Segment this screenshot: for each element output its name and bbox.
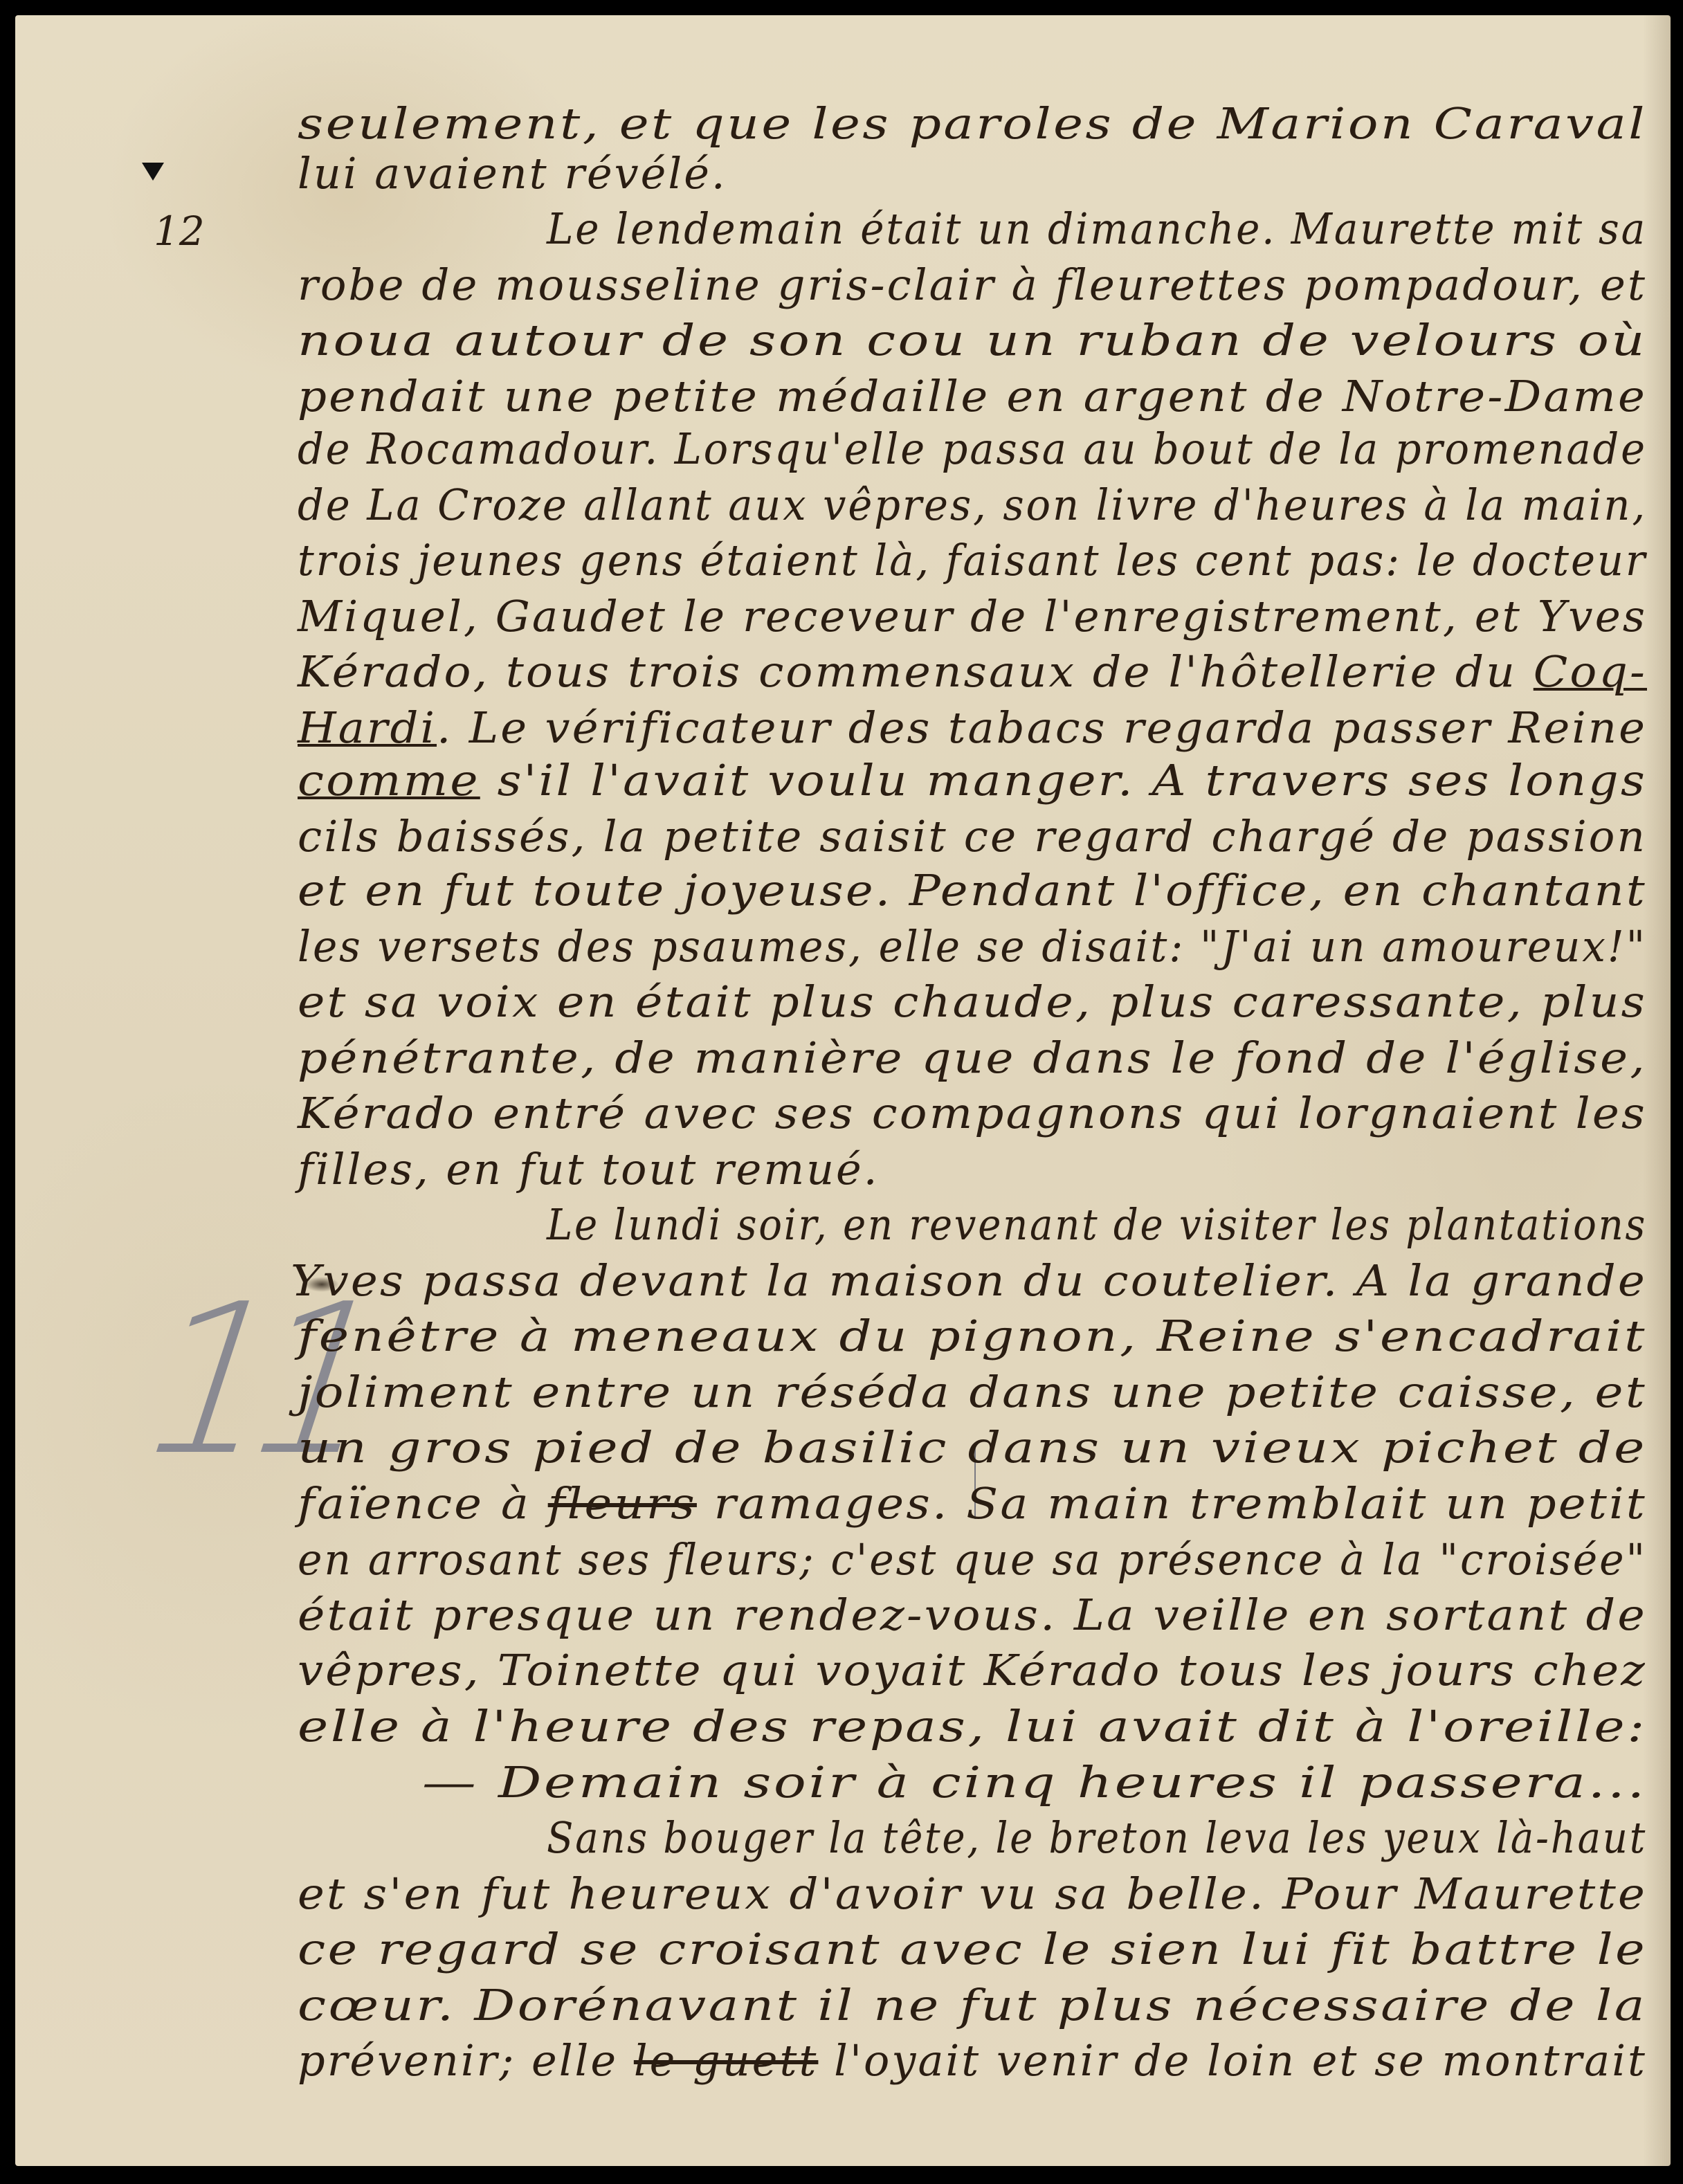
- manuscript-line: trois jeunes gens étaient là, faisant le…: [298, 535, 1647, 585]
- manuscript-line: Miquel, Gaudet le receveur de l'enregist…: [298, 591, 1647, 641]
- manuscript-line: lui avaient révélé.: [298, 148, 727, 199]
- line-text: et sa voix en était plus chaude, plus ca…: [298, 976, 1647, 1027]
- line-text: robe de mousseline gris-clair à fleurett…: [298, 260, 1647, 310]
- manuscript-line: et en fut toute joyeuse. Pendant l'offic…: [298, 865, 1647, 916]
- manuscript-line: et sa voix en était plus chaude, plus ca…: [298, 976, 1647, 1027]
- line-text: les versets des psaumes, elle se disait:…: [298, 921, 1647, 972]
- line-text: elle à l'heure des repas, lui avait dit …: [298, 1701, 1647, 1751]
- manuscript-line: pendait une petite médaille en argent de…: [298, 371, 1647, 421]
- line-text: cils baissés, la petite saisit ce regard…: [298, 811, 1647, 862]
- line-text: Sans bouger la tête, le breton leva les …: [547, 1812, 1647, 1863]
- line-text: seulement, et que les paroles de Marion …: [298, 98, 1647, 149]
- manuscript-line: était presque un rendez-vous. La veille …: [298, 1590, 1647, 1640]
- line-text: ramages. Sa main tremblait un petit: [697, 1478, 1647, 1529]
- manuscript-line: Yves passa devant la maison du coutelier…: [291, 1255, 1647, 1306]
- manuscript-line: pénétrante, de manière que dans le fond …: [298, 1032, 1647, 1083]
- manuscript-line: et s'en fut heureux d'avoir vu sa belle.…: [298, 1868, 1647, 1919]
- line-text: fenêtre à meneaux du pignon, Reine s'enc…: [298, 1311, 1647, 1361]
- line-text: Kérado entré avec ses compagnons qui lor…: [298, 1088, 1647, 1138]
- struck-word: le guett: [634, 2035, 819, 2086]
- manuscript-line: Kérado entré avec ses compagnons qui lor…: [298, 1088, 1647, 1138]
- manuscript-line: filles, en fut tout remué.: [298, 1144, 879, 1194]
- manuscript-line: Hardi. Le vérificateur des tabacs regard…: [298, 702, 1647, 753]
- line-text: Miquel, Gaudet le receveur de l'enregist…: [298, 591, 1647, 641]
- manuscript-line: Sans bouger la tête, le breton leva les …: [547, 1812, 1647, 1863]
- line-text: était presque un rendez-vous. La veille …: [298, 1590, 1647, 1640]
- line-text: l'oyait venir de loin et se montrait: [818, 2035, 1647, 2086]
- manuscript-line: Le lendemain était un dimanche. Maurette…: [547, 203, 1647, 254]
- line-text: faïence à: [298, 1478, 548, 1529]
- manuscript-line: ce regard se croisant avec le sien lui f…: [298, 1924, 1647, 1974]
- line-text: de La Croze allant aux vêpres, son livre…: [298, 480, 1647, 530]
- manuscript-line: noua autour de son cou un ruban de velou…: [298, 315, 1647, 365]
- manuscript-line: joliment entre un réséda dans une petite…: [298, 1367, 1647, 1417]
- line-text: un gros pied de basilic dans un vieux pi…: [298, 1422, 1647, 1473]
- manuscript-line: de Rocamadour. Lorsqu'elle passa au bout…: [298, 424, 1647, 474]
- line-text: joliment entre un réséda dans une petite…: [298, 1367, 1647, 1417]
- manuscript-line: robe de mousseline gris-clair à fleurett…: [298, 260, 1647, 310]
- line-text: pendait une petite médaille en argent de…: [298, 371, 1647, 421]
- line-text: noua autour de son cou un ruban de velou…: [298, 315, 1647, 365]
- line-text: et en fut toute joyeuse. Pendant l'offic…: [298, 865, 1647, 916]
- manuscript-line: les versets des psaumes, elle se disait:…: [298, 921, 1647, 972]
- manuscript-line: en arrosant ses fleurs; c'est que sa pré…: [298, 1534, 1647, 1585]
- manuscript-line: cils baissés, la petite saisit ce regard…: [298, 811, 1647, 862]
- margin-page-number: 12: [154, 208, 205, 255]
- line-text: . Le vérificateur des tabacs regarda pas…: [437, 702, 1647, 753]
- manuscript-line: — Demain soir à cinq heures il passera..…: [422, 1757, 1647, 1808]
- manuscript-line: elle à l'heure des repas, lui avait dit …: [298, 1701, 1647, 1751]
- line-text: cœur. Dorénavant il ne fut plus nécessai…: [298, 1980, 1647, 2030]
- ink-triangle-mark: [142, 163, 164, 181]
- line-text: Le lundi soir, en revenant de visiter le…: [547, 1199, 1647, 1250]
- line-text: vêpres, Toinette qui voyait Kérado tous …: [298, 1645, 1647, 1695]
- underlined-word: comme: [298, 755, 480, 806]
- line-text: trois jeunes gens étaient là, faisant le…: [298, 535, 1647, 585]
- line-text: pénétrante, de manière que dans le fond …: [298, 1032, 1647, 1083]
- line-text: en arrosant ses fleurs; c'est que sa pré…: [298, 1534, 1647, 1585]
- line-text: filles, en fut tout remué.: [298, 1144, 879, 1194]
- line-text: Yves passa devant la maison du coutelier…: [291, 1255, 1647, 1306]
- manuscript-line: faïence à fleurs ramages. Sa main trembl…: [298, 1478, 1647, 1529]
- struck-word: fleurs: [548, 1478, 697, 1529]
- manuscript-line: un gros pied de basilic dans un vieux pi…: [298, 1422, 1647, 1473]
- line-text: de Rocamadour. Lorsqu'elle passa au bout…: [298, 424, 1647, 474]
- line-text: ce regard se croisant avec le sien lui f…: [298, 1924, 1647, 1974]
- line-text: et s'en fut heureux d'avoir vu sa belle.…: [298, 1868, 1647, 1919]
- manuscript-line: fenêtre à meneaux du pignon, Reine s'enc…: [298, 1311, 1647, 1361]
- manuscript-line: comme s'il l'avait voulu manger. A trave…: [298, 755, 1647, 806]
- manuscript-line: seulement, et que les paroles de Marion …: [298, 98, 1647, 149]
- manuscript-line: prévenir; elle le guett l'oyait venir de…: [298, 2035, 1647, 2086]
- underlined-word: Coq-: [1534, 646, 1647, 697]
- manuscript-line: cœur. Dorénavant il ne fut plus nécessai…: [298, 1980, 1647, 2030]
- line-text: lui avaient révélé.: [298, 148, 727, 199]
- manuscript-line: Kérado, tous trois commensaux de l'hôtel…: [298, 646, 1647, 697]
- line-text: s'il l'avait voulu manger. A travers ses…: [480, 755, 1647, 806]
- manuscript-line: vêpres, Toinette qui voyait Kérado tous …: [298, 1645, 1647, 1695]
- line-text: Le lendemain était un dimanche. Maurette…: [547, 203, 1647, 254]
- line-text: Kérado, tous trois commensaux de l'hôtel…: [298, 646, 1534, 697]
- manuscript-line: de La Croze allant aux vêpres, son livre…: [298, 480, 1647, 530]
- underlined-word: Hardi: [298, 702, 437, 753]
- line-text: prévenir; elle: [298, 2035, 634, 2086]
- manuscript-line: Le lundi soir, en revenant de visiter le…: [547, 1199, 1647, 1250]
- line-text: — Demain soir à cinq heures il passera..…: [422, 1757, 1647, 1808]
